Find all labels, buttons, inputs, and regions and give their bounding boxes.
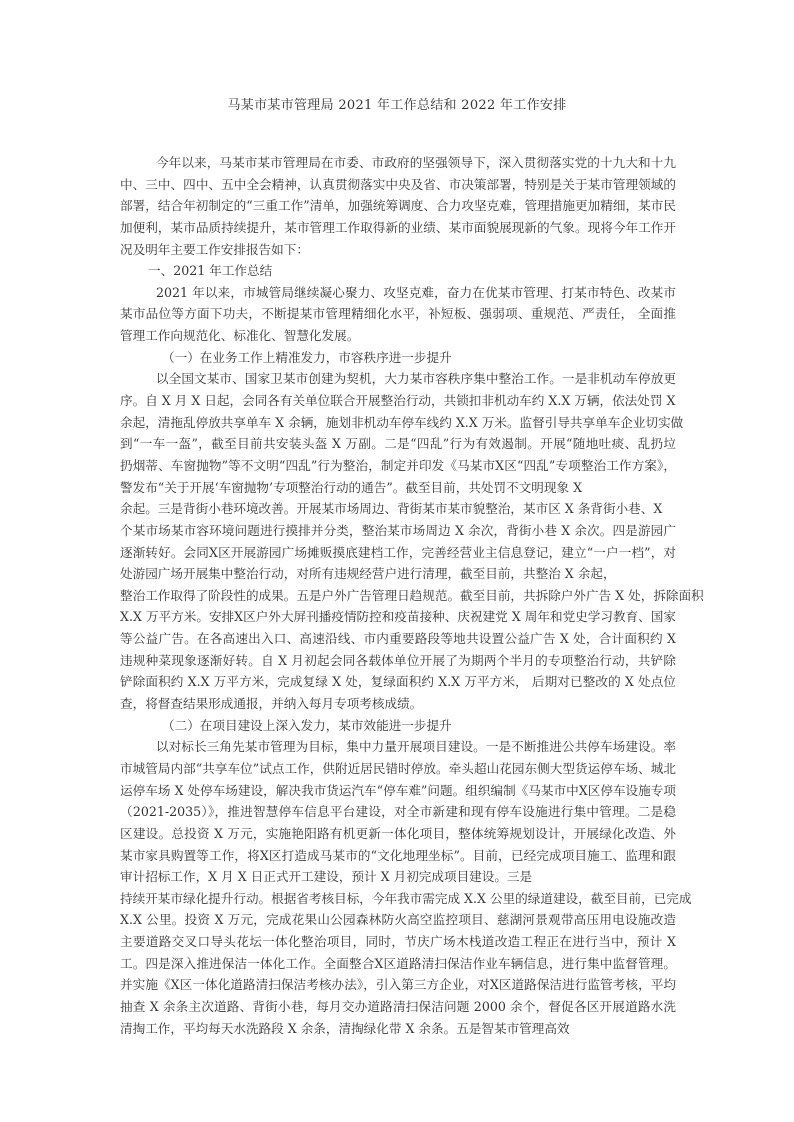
text-line: 个某市场某市容环境问题进行摸排并分类，整治某市场周边 X 余次，背街小巷 X 余… [120, 520, 676, 542]
text-line: 处游园广场开展集中整治行动，对所有违规经营户进行清理，截至目前，共整治 X 余起… [120, 563, 676, 585]
text-line: 一、2021 年工作总结 [120, 260, 676, 282]
text-line: 违规种菜现象逐渐好转。自 X 月初起会同各载体单位开展了为期两个半月的专项整治行… [120, 650, 676, 672]
text-line: 扔烟蒂、车窗抛物”等不文明“四乱”行为整治，制定并印发《马某市X区“四乱”专项整… [120, 455, 676, 477]
document-body: 今年以来，马某市某市管理局在市委、市政府的坚强领导下，深入贯彻落实党的十九大和十… [120, 152, 676, 1039]
text-line: 工。四是深入推进保洁一体化工作。全面整合X区道路清扫保洁作业车辆信息，进行集中监… [120, 953, 676, 975]
text-line: 抽查 X 余条主次道路、背街小巷，每月交办道路清扫保洁问题 2000 余个，督促… [120, 996, 676, 1018]
text-line: 中、三中、四中、五中全会精神，认真贯彻落实中央及省、市决策部署，特别是关于某市管… [120, 174, 676, 196]
text-line: 部署，结合年初制定的“三重工作”清单，加强统筹调度、合力攻坚克难，管理措施更加精… [120, 195, 676, 217]
text-line: 警发布“关于开展‘车窗抛物’专项整治行动的通告”。截至目前，共处罚不文明现象 X [120, 477, 676, 499]
text-line: 清掏工作，平均每天水洗路段 X 余条，清掏绿化带 X 余条。五是智某市管理高效 [120, 1018, 676, 1040]
text-line: 运停车场 X 处停车场建设，解决我市货运汽车“停车难”问题。组织编制《马某市中X… [120, 780, 676, 802]
text-line: 2021 年以来，市城管局继续凝心聚力、攻坚克难，奋力在优某市管理、打某市特色、… [120, 282, 676, 304]
text-line: 逐渐转好。会同X区开展游园广场摊贩摸底建档工作，完善经营业主信息登记，建立“一户… [120, 542, 676, 564]
text-line: 到“一车一盔”，截至目前共安装头盔 X 万副。二是“四乱”行为有效遏制。开展“随… [120, 433, 676, 455]
text-line: （2021-2035）》，推进智慧停车信息平台建设，对全市新建和现有停车设施进行… [120, 801, 676, 823]
document-title: 马某市某市管理局 2021 年工作总结和 2022 年工作安排 [0, 94, 794, 113]
text-line: （二）在项目建设上深入发力，某市效能进一步提升 [120, 715, 676, 737]
document-page: 马某市某市管理局 2021 年工作总结和 2022 年工作安排 今年以来，马某市… [0, 0, 794, 1122]
text-line: 某市品位等方面下功夫，不断提某市管理精细化水平，补短板、强弱项、重规范、严责任，… [120, 303, 676, 325]
text-line: 审计招标工作，X 月 X 日正式开工建设，预计 X 月初完成项目建设。三是 [120, 866, 676, 888]
text-line: X.X 公里。投资 X 万元，完成花果山公园森林防火高空监控项目、慈湖河景观带高… [120, 909, 676, 931]
text-line: X.X 万平方米。安排X区户外大屏刊播疫情防控和疫苗接种、庆祝建党 X 周年和党… [120, 606, 676, 628]
text-line: 铲除面积约 X.X 万平方米，完成复绿 X 处，复绿面积约 X.X 万平方米， … [120, 671, 676, 693]
text-line: 并实施《X区一体化道路清扫保洁考核办法》，引入第三方企业，对X区道路保洁进行监管… [120, 974, 676, 996]
text-line: （一）在业务工作上精准发力，市容秩序进一步提升 [120, 347, 676, 369]
text-line: 今年以来，马某市某市管理局在市委、市政府的坚强领导下，深入贯彻落实党的十九大和十… [120, 152, 676, 174]
text-line: 管理工作向规范化、标准化、智慧化发展。 [120, 325, 676, 347]
text-line: 持续开某市绿化提升行动。根据省考核目标，今年我市需完成 X.X 公里的绿道建设，… [120, 888, 676, 910]
text-line: 加便利，某市品质持续提升，某市管理工作取得新的业绩、某市面貌展现新的气象。现将今… [120, 217, 676, 239]
text-line: 主要道路交叉口导头花坛一体化整治项目，同时，节庆广场木栈道改造工程正在进行当中，… [120, 931, 676, 953]
text-line: 某市家具购置等工作，将X区打造成马某市的“文化地理坐标”。目前，已经完成项目施工… [120, 845, 676, 867]
text-line: 整治工作取得了阶段性的成果。五是户外广告管理日趋规范。截至目前，共拆除户外广告 … [120, 585, 676, 607]
text-line: 以全国文某市、国家卫某市创建为契机，大力某市容秩序集中整治工作。一是非机动车停放… [120, 368, 676, 390]
text-line: 序。自 X 月 X 日起，会同各有关单位联合开展整治行动，共锁扣非机动车约 X.… [120, 390, 676, 412]
text-line: 余起。三是背街小巷环境改善。开展某市场周边、背街某市某市貌整治，某市区 X 条背… [120, 498, 676, 520]
text-line: 等公益广告。在各高速出入口、高速沿线、市内重要路段等地共设置公益广告 X 处，合… [120, 628, 676, 650]
text-line: 况及明年主要工作安排报告如下： [120, 239, 676, 261]
text-line: 区建设。总投资 X 万元，实施艳阳路有机更新一体化项目，整体统筹规划设计，开展绿… [120, 823, 676, 845]
text-line: 市城管局内部“共享车位”试点工作，供附近居民错时停放。牵头超山花园东侧大型货运停… [120, 758, 676, 780]
text-line: 查，将督查结果形成通报，并纳入每月专项考核成绩。 [120, 693, 676, 715]
text-line: 余起，清拖乱停放共享单车 X 余辆，施划非机动车停车线约 X.X 万米。监督引导… [120, 412, 676, 434]
text-line: 以对标长三角先某市管理为目标，集中力量开展项目建设。一是不断推进公共停车场建设。… [120, 736, 676, 758]
